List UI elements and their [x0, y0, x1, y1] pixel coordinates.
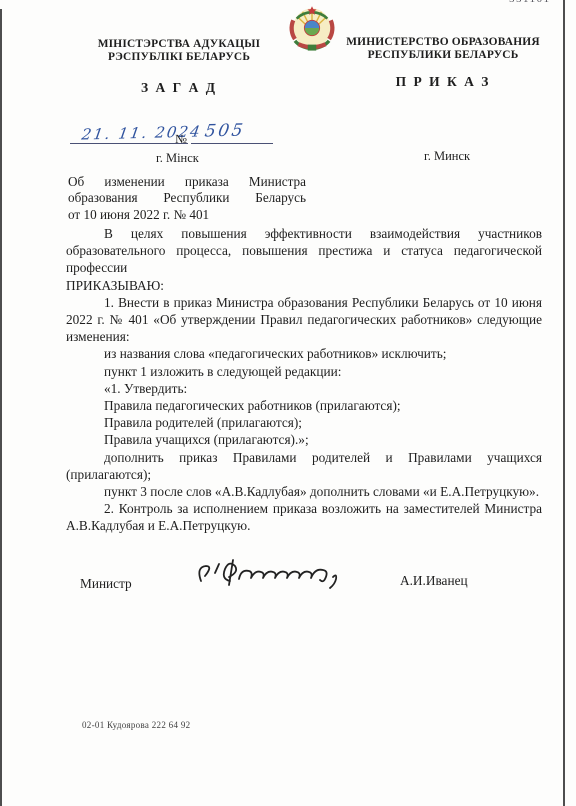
minister-name: А.И.Иванец	[400, 573, 468, 589]
body-paragraph: В целях повышения эффективности взаимоде…	[66, 225, 542, 277]
body-paragraph: дополнить приказ Правилами родителей и П…	[66, 449, 542, 483]
ministry-name-ru-line2: РЕСПУБЛИКИ БЕЛАРУСЬ	[342, 49, 544, 62]
subject-line: образования Республики Беларусь	[68, 190, 306, 206]
belarus-coat-of-arms-icon	[286, 5, 338, 56]
header-right-russian: МИНИСТЕРСТВО ОБРАЗОВАНИЯ РЕСПУБЛИКИ БЕЛА…	[342, 36, 544, 90]
ministry-name-ru-line1: МИНИСТЕРСТВО ОБРАЗОВАНИЯ	[342, 36, 544, 49]
registration-corner-number: 551101	[509, 0, 551, 5]
minister-signature-icon	[193, 553, 351, 600]
body-paragraph: 2. Контроль за исполнением приказа возло…	[66, 500, 542, 534]
minister-title: Министр	[80, 576, 132, 592]
order-number-handwritten: 505	[203, 120, 246, 141]
doc-type-prikaz: П Р И К А З	[342, 74, 544, 90]
order-subject: Об изменении приказа Министра образовани…	[68, 174, 306, 223]
subject-line: от 10 июня 2022 г. № 401	[68, 207, 306, 223]
number-underline	[191, 143, 273, 144]
executor-note: 02-01 Кудоярова 222 64 92	[82, 720, 190, 730]
body-paragraph: «1. Утвердить:	[66, 380, 542, 397]
scanned-order-document: 551101 МІНІСТЭРСТВА АДУКАЦЫІ РЭСПУБЛІКІ …	[0, 0, 576, 806]
date-underline	[70, 143, 188, 144]
city-right-minsk-ru: г. Минск	[424, 149, 470, 164]
city-left-minsk-by: г. Мінск	[156, 151, 199, 166]
body-paragraph: Правила педагогических работников (прила…	[66, 397, 542, 414]
order-body-text: В целях повышения эффективности взаимоде…	[66, 225, 542, 535]
body-paragraph-prikazyvayu: ПРИКАЗЫВАЮ:	[66, 277, 542, 294]
number-sign: №	[175, 132, 187, 147]
scan-edge-left	[0, 9, 2, 806]
ministry-name-by-line1: МІНІСТЭРСТВА АДУКАЦЫІ	[76, 38, 282, 51]
body-paragraph: пункт 1 изложить в следующей редакции:	[66, 363, 542, 380]
scan-edge-right	[563, 0, 565, 806]
subject-line: Об изменении приказа Министра	[68, 174, 306, 190]
body-paragraph: Правила учащихся (прилагаются).»;	[66, 431, 542, 448]
doc-type-zagad: З А Г А Д	[76, 80, 282, 96]
body-paragraph: из названия слова «педагогических работн…	[66, 345, 542, 362]
ministry-name-by-line2: РЭСПУБЛІКІ БЕЛАРУСЬ	[76, 51, 282, 64]
body-paragraph: Правила родителей (прилагаются);	[66, 414, 542, 431]
body-paragraph: 1. Внести в приказ Министра образования …	[66, 294, 542, 346]
body-paragraph: пункт 3 после слов «А.В.Кадлубая» дополн…	[66, 483, 542, 500]
header-left-belarusian: МІНІСТЭРСТВА АДУКАЦЫІ РЭСПУБЛІКІ БЕЛАРУС…	[76, 38, 282, 96]
